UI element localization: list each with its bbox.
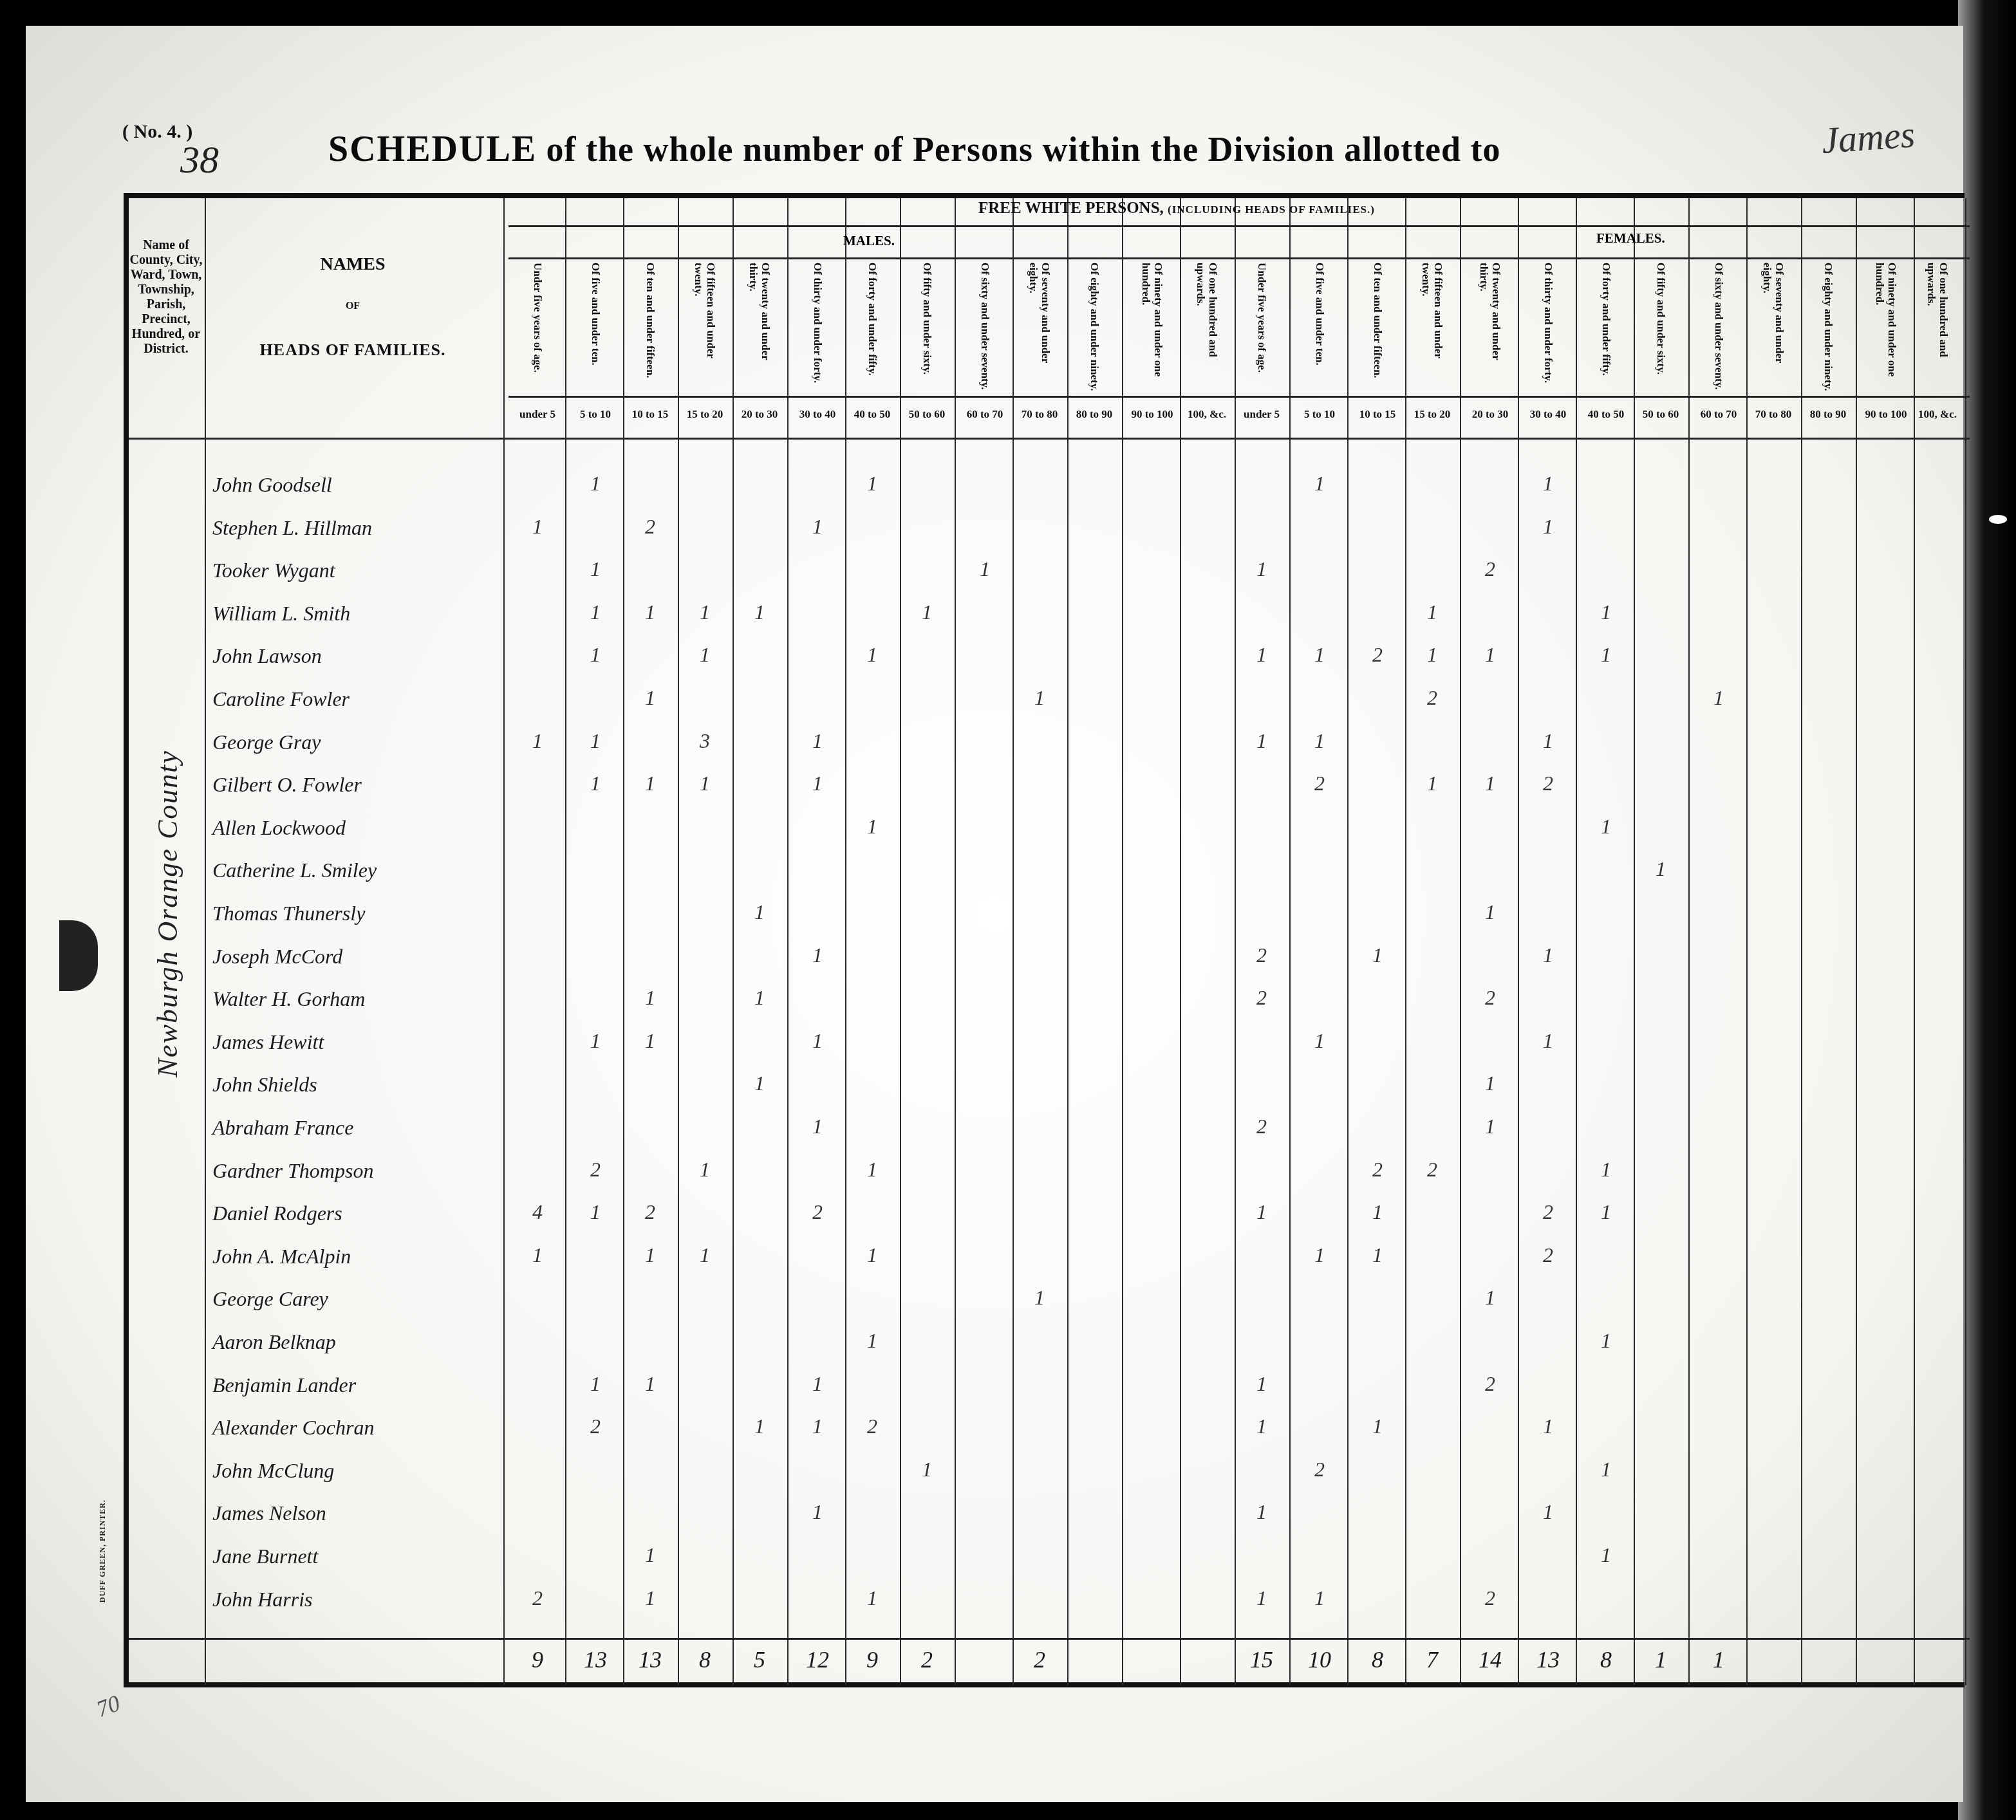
female-col-desc: Of one hundred and upwards. [1912, 263, 1963, 391]
female-col-desc: Of forty and under fifty. [1581, 263, 1631, 391]
county-name-text: Newburgh Orange County [151, 750, 184, 1077]
male-count-cell: 1 [795, 1115, 840, 1138]
male-count-cell: 1 [573, 1372, 618, 1396]
female-col-desc: Of thirty and under forty. [1523, 263, 1573, 391]
female-count-cell: 1 [1297, 729, 1342, 753]
column-description: Of eighty and under ninety. [1088, 263, 1101, 391]
male-col-desc: Of fifteen and under twenty. [680, 263, 730, 391]
male-count-cell: 1 [737, 600, 782, 624]
females-header: FEMALES. [1596, 230, 1665, 246]
column-divider [1405, 198, 1406, 1685]
male-col-desc: Of one hundred and upwards. [1182, 263, 1232, 391]
column-divider [623, 198, 624, 1685]
head-of-family-name: Joseph McCord [212, 945, 342, 969]
male-count-cell: 1 [573, 557, 618, 581]
male-count-cell: 1 [795, 1029, 840, 1053]
female-count-cell: 1 [1297, 643, 1342, 667]
female-count-cell: 1 [1583, 1329, 1629, 1353]
female-count-cell: 2 [1526, 1243, 1571, 1267]
head-of-family-name: Walter H. Gorham [212, 987, 365, 1011]
male-total: 9 [850, 1646, 895, 1673]
male-col-desc: Of twenty and under thirty. [734, 263, 785, 391]
female-count-cell: 1 [1468, 1072, 1513, 1095]
female-count-cell: 1 [1355, 1243, 1400, 1267]
male-age-label: 80 to 90 [1067, 408, 1122, 421]
column-divider [1746, 198, 1748, 1685]
head-of-family-name: John Shields [212, 1073, 317, 1097]
female-count-cell: 1 [1468, 1115, 1513, 1138]
male-count-cell: 1 [795, 772, 840, 795]
head-of-family-name: John Goodsell [212, 473, 332, 497]
male-col-desc: Of five and under ten. [570, 263, 621, 391]
column-divider [1576, 198, 1577, 1685]
male-age-label: under 5 [510, 408, 565, 421]
names-header-line3: HEADS OF FAMILIES. [205, 340, 501, 360]
female-count-cell: 1 [1239, 1200, 1284, 1224]
male-count-cell: 1 [850, 1243, 895, 1267]
female-count-cell: 1 [1468, 1286, 1513, 1310]
female-count-cell: 1 [1297, 1243, 1342, 1267]
male-col-desc: Of ten and under fifteen. [625, 263, 675, 391]
male-total: 2 [1017, 1646, 1062, 1673]
male-count-cell: 1 [795, 943, 840, 967]
female-age-label: 20 to 30 [1462, 408, 1518, 421]
male-count-cell: 1 [1017, 686, 1062, 710]
column-divider [955, 198, 956, 1685]
column-description: Of sixty and under seventy. [1713, 263, 1725, 390]
male-count-cell: 1 [573, 772, 618, 795]
head-of-family-name: John A. McAlpin [212, 1245, 351, 1268]
female-age-label: 10 to 15 [1350, 408, 1405, 421]
column-divider [1235, 198, 1236, 1685]
page-number: 38 [180, 138, 219, 182]
head-of-family-name: John Lawson [212, 644, 322, 668]
female-total: 7 [1410, 1646, 1455, 1673]
column-divider [1965, 198, 1966, 1685]
column-description: Of fifteen and under twenty. [1420, 263, 1444, 391]
female-count-cell: 1 [1239, 643, 1284, 667]
male-count-cell: 1 [628, 686, 673, 710]
male-count-cell: 1 [573, 1029, 618, 1053]
male-count-cell: 1 [850, 1158, 895, 1182]
row-divider [129, 1638, 1970, 1640]
column-description: Of five and under ten. [1314, 263, 1326, 366]
male-age-label: 90 to 100 [1125, 408, 1180, 421]
column-divider [1013, 198, 1014, 1685]
female-col-desc: Of twenty and under thirty. [1465, 263, 1515, 391]
row-divider [509, 257, 1970, 259]
column-description: Of one hundred and upwards. [1925, 263, 1950, 391]
column-description: Of fifteen and under twenty. [693, 263, 717, 391]
male-count-cell: 1 [515, 729, 560, 753]
female-count-cell: 1 [1638, 857, 1683, 881]
female-count-cell: 1 [1468, 643, 1513, 667]
male-total: 5 [737, 1646, 782, 1673]
female-total: 8 [1355, 1646, 1400, 1673]
column-divider [503, 198, 505, 1685]
head-of-family-name: Catherine L. Smiley [212, 859, 377, 882]
female-count-cell: 2 [1468, 1372, 1513, 1396]
head-of-family-name: Abraham France [212, 1116, 354, 1140]
male-count-cell: 1 [628, 600, 673, 624]
column-divider [1856, 198, 1857, 1685]
column-divider [900, 198, 901, 1685]
head-of-family-name: Caroline Fowler [212, 687, 350, 711]
male-count-cell: 1 [573, 643, 618, 667]
column-description: Of fifty and under sixty. [1655, 263, 1667, 375]
binding-tab [59, 920, 98, 991]
female-count-cell: 1 [1526, 729, 1571, 753]
male-count-cell: 1 [628, 1243, 673, 1267]
female-total: 1 [1638, 1646, 1683, 1673]
column-description: Under five years of age. [1256, 263, 1268, 373]
male-count-cell: 1 [573, 600, 618, 624]
female-count-cell: 1 [1526, 1029, 1571, 1053]
female-col-desc: Of seventy and under eighty. [1748, 263, 1798, 391]
head-of-family-name: Gardner Thompson [212, 1159, 373, 1183]
punch-hole [1989, 515, 2007, 524]
male-count-cell: 2 [515, 1586, 560, 1610]
female-count-cell: 2 [1468, 557, 1513, 581]
male-total: 13 [628, 1646, 673, 1673]
column-divider [1067, 198, 1069, 1685]
male-count-cell: 4 [515, 1200, 560, 1224]
female-count-cell: 1 [1583, 643, 1629, 667]
males-header: MALES. [843, 233, 895, 249]
male-count-cell: 2 [850, 1415, 895, 1438]
head-of-family-name: George Gray [212, 730, 321, 754]
column-description: Of fifty and under sixty. [921, 263, 933, 375]
male-total: 12 [795, 1646, 840, 1673]
column-divider [1688, 198, 1690, 1685]
male-count-cell: 1 [573, 729, 618, 753]
male-count-cell: 1 [795, 515, 840, 539]
column-description: Of twenty and under thirty. [747, 263, 772, 391]
female-age-label: 30 to 40 [1520, 408, 1576, 421]
column-divider [565, 198, 566, 1685]
male-count-cell: 1 [515, 515, 560, 539]
male-age-label: 30 to 40 [790, 408, 845, 421]
column-divider [1460, 198, 1461, 1685]
female-total: 1 [1696, 1646, 1741, 1673]
names-header-line2: OF [205, 301, 501, 312]
female-count-cell: 1 [1239, 1372, 1284, 1396]
male-count-cell: 1 [515, 1243, 560, 1267]
male-total: 13 [573, 1646, 618, 1673]
male-age-label: 70 to 80 [1012, 408, 1067, 421]
female-count-cell: 2 [1468, 986, 1513, 1010]
column-description: Under five years of age. [532, 263, 544, 373]
male-count-cell: 1 [628, 1543, 673, 1567]
female-count-cell: 1 [1239, 729, 1284, 753]
column-description: Of seventy and under eighty. [1027, 263, 1052, 391]
head-of-family-name: William L. Smith [212, 602, 350, 626]
male-count-cell: 2 [795, 1200, 840, 1224]
female-col-desc: Under five years of age. [1237, 263, 1287, 391]
female-count-cell: 1 [1583, 1543, 1629, 1567]
male-count-cell: 1 [737, 1072, 782, 1095]
row-divider [509, 396, 1970, 398]
male-count-cell: 1 [628, 772, 673, 795]
female-total: 15 [1239, 1646, 1284, 1673]
head-of-family-name: Tooker Wygant [212, 559, 335, 582]
female-age-label: under 5 [1234, 408, 1289, 421]
female-count-cell: 2 [1239, 943, 1284, 967]
column-divider [1914, 198, 1915, 1685]
male-col-desc: Under five years of age. [512, 263, 563, 391]
female-count-cell: 1 [1355, 1200, 1400, 1224]
female-count-cell: 2 [1355, 643, 1400, 667]
male-count-cell: 2 [573, 1158, 618, 1182]
female-count-cell: 1 [1239, 1500, 1284, 1524]
female-count-cell: 1 [1583, 1200, 1629, 1224]
female-count-cell: 1 [1355, 943, 1400, 967]
female-count-cell: 1 [1297, 472, 1342, 496]
male-col-desc: Of seventy and under eighty. [1014, 263, 1065, 391]
male-count-cell: 1 [795, 1500, 840, 1524]
female-total: 10 [1297, 1646, 1342, 1673]
male-count-cell: 1 [795, 1415, 840, 1438]
female-count-cell: 1 [1583, 1458, 1629, 1481]
head-of-family-name: Benjamin Lander [212, 1373, 356, 1397]
male-count-cell: 1 [628, 986, 673, 1010]
column-divider [1180, 198, 1181, 1685]
male-count-cell: 1 [795, 1372, 840, 1396]
head-of-family-name: James Nelson [212, 1501, 326, 1525]
column-divider [787, 198, 789, 1685]
scan-edge [1958, 0, 2016, 1820]
female-count-cell: 1 [1239, 1415, 1284, 1438]
female-count-cell: 1 [1526, 1500, 1571, 1524]
column-description: Of one hundred and upwards. [1195, 263, 1219, 391]
male-col-desc: Of thirty and under forty. [792, 263, 843, 391]
column-description: Of thirty and under forty. [812, 263, 824, 383]
female-count-cell: 1 [1526, 943, 1571, 967]
female-count-cell: 2 [1239, 986, 1284, 1010]
male-age-label: 20 to 30 [732, 408, 787, 421]
male-age-label: 15 to 20 [677, 408, 733, 421]
male-col-desc: Of sixty and under seventy. [960, 263, 1010, 391]
female-col-desc: Of fifteen and under twenty. [1407, 263, 1457, 391]
female-count-cell: 2 [1297, 772, 1342, 795]
female-col-desc: Of sixty and under seventy. [1694, 263, 1744, 391]
male-count-cell: 1 [682, 600, 727, 624]
head-of-family-name: Jane Burnett [212, 1545, 318, 1568]
female-count-cell: 2 [1239, 1115, 1284, 1138]
female-count-cell: 1 [1468, 772, 1513, 795]
male-age-label: 50 to 60 [899, 408, 955, 421]
male-count-cell: 1 [628, 1029, 673, 1053]
female-count-cell: 2 [1297, 1458, 1342, 1481]
column-divider [1289, 198, 1291, 1685]
female-age-label: 100, &c. [1910, 408, 1965, 421]
column-description: Of forty and under fifty. [866, 263, 879, 376]
female-age-label: 90 to 100 [1858, 408, 1914, 421]
female-age-label: 15 to 20 [1405, 408, 1460, 421]
female-count-cell: 1 [1297, 1586, 1342, 1610]
female-count-cell: 1 [1526, 472, 1571, 496]
female-total: 8 [1583, 1646, 1629, 1673]
column-divider [1122, 198, 1123, 1685]
head-of-family-name: Alexander Cochran [212, 1416, 375, 1440]
female-total: 13 [1526, 1646, 1571, 1673]
male-count-cell: 1 [850, 815, 895, 839]
head-of-family-name: Stephen L. Hillman [212, 516, 372, 540]
column-divider [678, 198, 679, 1685]
male-count-cell: 1 [573, 472, 618, 496]
group-subtitle: (INCLUDING HEADS OF FAMILIES.) [1168, 203, 1375, 216]
row-divider [129, 438, 1970, 440]
male-count-cell: 1 [1017, 1286, 1062, 1310]
female-count-cell: 1 [1355, 1415, 1400, 1438]
column-description: Of forty and under fifty. [1600, 263, 1612, 376]
male-total: 9 [515, 1646, 560, 1673]
female-count-cell: 1 [1696, 686, 1741, 710]
head-of-family-name: Thomas Thunersly [212, 902, 365, 925]
head-of-family-name: James Hewitt [212, 1030, 324, 1054]
county-entry: Newburgh Orange County [129, 695, 206, 1133]
male-count-cell: 1 [737, 986, 782, 1010]
column-divider [733, 198, 734, 1685]
title-lead: SCHEDULE [328, 129, 537, 169]
female-age-label: 80 to 90 [1800, 408, 1856, 421]
head-of-family-name: John McClung [212, 1459, 334, 1483]
male-count-cell: 1 [904, 1458, 949, 1481]
male-count-cell: 1 [628, 1372, 673, 1396]
male-count-cell: 1 [962, 557, 1007, 581]
group-title: FREE WHITE PERSONS, [978, 200, 1164, 217]
male-age-label: 5 to 10 [568, 408, 623, 421]
female-age-label: 70 to 80 [1746, 408, 1801, 421]
female-col-desc: Of five and under ten. [1294, 263, 1345, 391]
title-rest: of the whole number of Persons within th… [537, 130, 1501, 169]
row-divider [509, 225, 1970, 227]
male-count-cell: 1 [628, 1586, 673, 1610]
female-count-cell: 1 [1583, 1158, 1629, 1182]
male-count-cell: 1 [682, 1158, 727, 1182]
female-total: 14 [1468, 1646, 1513, 1673]
female-col-desc: Of ninety and under one hundred. [1861, 263, 1911, 391]
male-count-cell: 1 [904, 600, 949, 624]
column-divider [1801, 198, 1802, 1685]
female-count-cell: 1 [1583, 815, 1629, 839]
page-title: SCHEDULE of the whole number of Persons … [328, 129, 1501, 170]
female-count-cell: 2 [1526, 772, 1571, 795]
male-count-cell: 1 [850, 472, 895, 496]
head-of-family-name: George Carey [212, 1287, 328, 1311]
printer-imprint: DUFF GREEN, PRINTER. [98, 1500, 107, 1602]
male-col-desc: Of ninety and under one hundred. [1127, 263, 1177, 391]
column-divider [845, 198, 846, 1685]
female-count-cell: 2 [1355, 1158, 1400, 1182]
head-of-family-name: Allen Lockwood [212, 816, 346, 840]
male-col-desc: Of fifty and under sixty. [902, 263, 952, 391]
female-col-desc: Of ten and under fifteen. [1352, 263, 1403, 391]
male-count-cell: 2 [628, 515, 673, 539]
male-age-label: 40 to 50 [845, 408, 900, 421]
head-of-family-name: Aaron Belknap [212, 1330, 336, 1354]
male-total: 8 [682, 1646, 727, 1673]
names-header-line1: NAMES [205, 254, 501, 275]
column-description: Of five and under ten. [590, 263, 602, 366]
head-of-family-name: Gilbert O. Fowler [212, 773, 362, 797]
column-description: Of thirty and under forty. [1542, 263, 1554, 383]
female-count-cell: 1 [1526, 1415, 1571, 1438]
female-age-label: 60 to 70 [1691, 408, 1746, 421]
column-divider [1347, 198, 1349, 1685]
male-col-desc: Of eighty and under ninety. [1069, 263, 1119, 391]
head-of-family-name: Daniel Rodgers [212, 1202, 342, 1225]
male-count-cell: 1 [795, 729, 840, 753]
division-name: James [1820, 113, 1916, 162]
male-age-label: 100, &c. [1179, 408, 1235, 421]
male-count-cell: 1 [737, 900, 782, 924]
female-count-cell: 1 [1239, 1586, 1284, 1610]
female-count-cell: 1 [1410, 772, 1455, 795]
female-count-cell: 1 [1239, 557, 1284, 581]
column-description: Of twenty and under thirty. [1478, 263, 1502, 391]
county-column-header: Name of County, City, Ward, Town, Townsh… [127, 238, 205, 357]
male-col-desc: Of forty and under fifty. [847, 263, 897, 391]
male-count-cell: 1 [850, 1329, 895, 1353]
female-age-label: 40 to 50 [1578, 408, 1634, 421]
male-count-cell: 3 [682, 729, 727, 753]
male-count-cell: 2 [573, 1415, 618, 1438]
group-header: FREE WHITE PERSONS, (INCLUDING HEADS OF … [978, 200, 1375, 218]
male-age-label: 10 to 15 [622, 408, 678, 421]
column-description: Of ninety and under one hundred. [1140, 263, 1164, 391]
column-divider [1518, 198, 1519, 1685]
column-description: Of ninety and under one hundred. [1874, 263, 1898, 391]
male-count-cell: 1 [850, 643, 895, 667]
column-description: Of sixty and under seventy. [979, 263, 991, 390]
male-count-cell: 2 [628, 1200, 673, 1224]
male-count-cell: 1 [682, 772, 727, 795]
male-count-cell: 1 [682, 1243, 727, 1267]
column-description: Of ten and under fifteen. [1372, 263, 1384, 378]
male-count-cell: 1 [737, 1415, 782, 1438]
female-count-cell: 1 [1468, 900, 1513, 924]
female-count-cell: 1 [1526, 515, 1571, 539]
male-count-cell: 1 [573, 1200, 618, 1224]
female-age-label: 50 to 60 [1633, 408, 1688, 421]
column-description: Of ten and under fifteen. [644, 263, 657, 378]
female-count-cell: 2 [1526, 1200, 1571, 1224]
column-description: Of seventy and under eighty. [1761, 263, 1786, 391]
female-count-cell: 2 [1410, 1158, 1455, 1182]
female-age-label: 5 to 10 [1292, 408, 1347, 421]
female-count-cell: 2 [1410, 686, 1455, 710]
female-count-cell: 1 [1410, 600, 1455, 624]
male-count-cell: 1 [682, 643, 727, 667]
male-total: 2 [904, 1646, 949, 1673]
column-divider [1634, 198, 1635, 1685]
female-count-cell: 1 [1297, 1029, 1342, 1053]
column-description: Of eighty and under ninety. [1822, 263, 1834, 391]
head-of-family-name: John Harris [212, 1588, 313, 1611]
names-column-header: NAMES OF HEADS OF FAMILIES. [205, 254, 501, 360]
female-count-cell: 1 [1583, 600, 1629, 624]
male-count-cell: 1 [850, 1586, 895, 1610]
female-count-cell: 1 [1410, 643, 1455, 667]
female-count-cell: 2 [1468, 1586, 1513, 1610]
female-col-desc: Of fifty and under sixty. [1636, 263, 1686, 391]
male-age-label: 60 to 70 [957, 408, 1013, 421]
female-col-desc: Of eighty and under ninety. [1803, 263, 1853, 391]
